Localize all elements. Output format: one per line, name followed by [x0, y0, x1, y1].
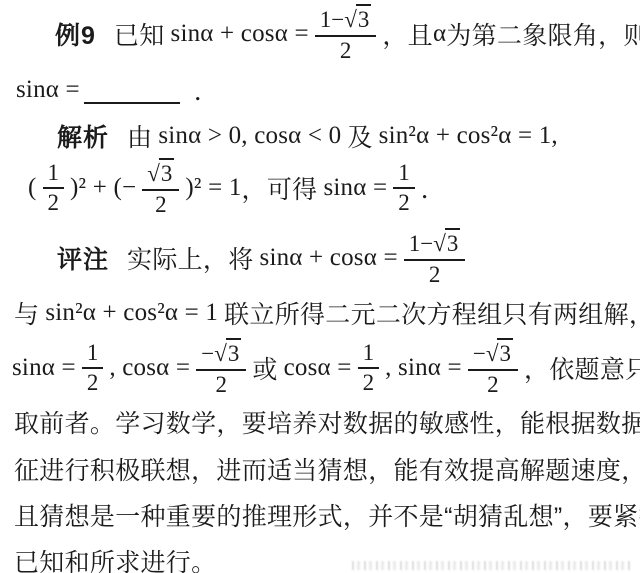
or-word: 或	[252, 350, 277, 386]
fraction-one-half: 1 2	[43, 160, 65, 217]
fraction-sqrt3-over-2: √3 2	[142, 158, 179, 218]
calc-period: ．	[421, 170, 446, 206]
analysis-line-1: 解析 由 sinα > 0, cosα < 0 及 sin²α + cos²α …	[57, 118, 558, 154]
fraction-numerator: −√3	[468, 338, 518, 371]
radicand: 3	[497, 338, 513, 367]
calc-middle-1: )² + (−	[70, 174, 136, 202]
solution-2-cos: cosα =	[284, 354, 352, 382]
analysis-inequalities: sinα > 0, cosα < 0	[158, 122, 341, 150]
fraction-neg-sqrt3-over-2: −√3 2	[468, 338, 518, 398]
calc-result-prefix: sinα =	[323, 174, 387, 202]
analysis-line-2: ( 1 2 )² + (− √3 2 )² = 1 ，可得 sinα = 1 2…	[28, 158, 446, 218]
fraction-one-minus-sqrt3-over-2: 1−√3 2	[404, 228, 466, 288]
radicand: 3	[159, 158, 175, 187]
problem-lead-text: 已知	[114, 16, 165, 52]
analysis-identity: sin²α + cos²α = 1,	[379, 122, 558, 150]
solutions-tail-text: ，依题意只可	[524, 350, 640, 386]
commentary-paragraph-line-4: 已知和所求进行。	[14, 543, 216, 573]
fraction-one-half: 1 2	[358, 340, 380, 397]
remark-label: 评注	[57, 240, 109, 276]
problem-mid-text: ，且	[382, 16, 433, 52]
document-page: 例9 已知 sinα + cosα = 1−√3 2 ，且 α 为第二象限角，则…	[0, 0, 640, 573]
remark-line-2: 与 sin²α + cos²α = 1 联立所得二元二次方程组只有两组解，即	[14, 295, 640, 331]
alpha-symbol: α	[433, 20, 446, 48]
commentary-paragraph-line-1: 取前者。学习数学，要培养对数据的敏感性，能根据数据特	[14, 404, 640, 440]
commentary-paragraph-line-3: 且猜想是一种重要的推理形式，并不是“胡猜乱想”，要紧扣	[14, 497, 640, 533]
solution-1-cos: , cosα =	[109, 354, 190, 382]
faint-cutoff-text-artifact	[352, 561, 630, 570]
answer-prefix: sinα =	[16, 76, 80, 104]
commentary-paragraph-line-2: 征进行积极联想，进而适当猜想，能有效提高解题速度，而	[14, 451, 640, 487]
remark-expression: sinα + cosα =	[260, 244, 398, 272]
analysis-lead-text: 由	[127, 118, 152, 154]
remark-line2-post: 联立所得二元二次方程组只有两组解，即	[224, 295, 640, 331]
calc-connective: ，可得	[242, 170, 318, 206]
solutions-line: sinα = 1 2 , cosα = −√3 2 或 cosα = 1 2 ,…	[12, 338, 640, 398]
problem-statement-line: 例9 已知 sinα + cosα = 1−√3 2 ，且 α 为第二象限角，则	[55, 4, 640, 64]
problem-condition-text: 为第二象限角，则	[446, 16, 640, 52]
fraction-one-half: 1 2	[393, 160, 415, 217]
remark-line2-pre: 与	[14, 295, 39, 331]
remark-lead-text: 实际上，将	[127, 240, 254, 276]
fraction-numerator: −√3	[196, 338, 246, 371]
solution-2-sin: , sinα =	[385, 354, 462, 382]
solution-1-sin: sinα =	[12, 354, 76, 382]
remark-line-1: 评注 实际上，将 sinα + cosα = 1−√3 2	[57, 228, 471, 288]
analysis-label: 解析	[57, 118, 109, 154]
fraction-numerator: √3	[142, 158, 179, 191]
radicand: 3	[356, 4, 372, 33]
analysis-and-word: 及	[347, 118, 372, 154]
answer-period: ．	[194, 72, 219, 108]
calc-middle-2: )² = 1	[185, 174, 241, 202]
example-label: 例9	[55, 16, 96, 52]
fraction-neg-sqrt3-over-2: −√3 2	[196, 338, 246, 398]
radicand: 3	[445, 228, 461, 257]
remark-line2-math: sin²α + cos²α = 1	[45, 299, 218, 327]
fraction-one-minus-sqrt3-over-2: 1−√3 2	[315, 4, 377, 64]
answer-blank-underline	[84, 76, 180, 104]
radicand: 3	[226, 338, 242, 367]
problem-expression: sinα + cosα =	[171, 20, 309, 48]
calc-open-paren: (	[28, 174, 37, 202]
answer-blank-line: sinα = ．	[16, 72, 219, 108]
fraction-denominator: 2	[429, 261, 441, 288]
fraction-numerator: 1−√3	[404, 228, 466, 261]
fraction-one-half: 1 2	[82, 340, 104, 397]
fraction-denominator: 2	[340, 37, 352, 64]
fraction-numerator: 1−√3	[315, 4, 377, 37]
